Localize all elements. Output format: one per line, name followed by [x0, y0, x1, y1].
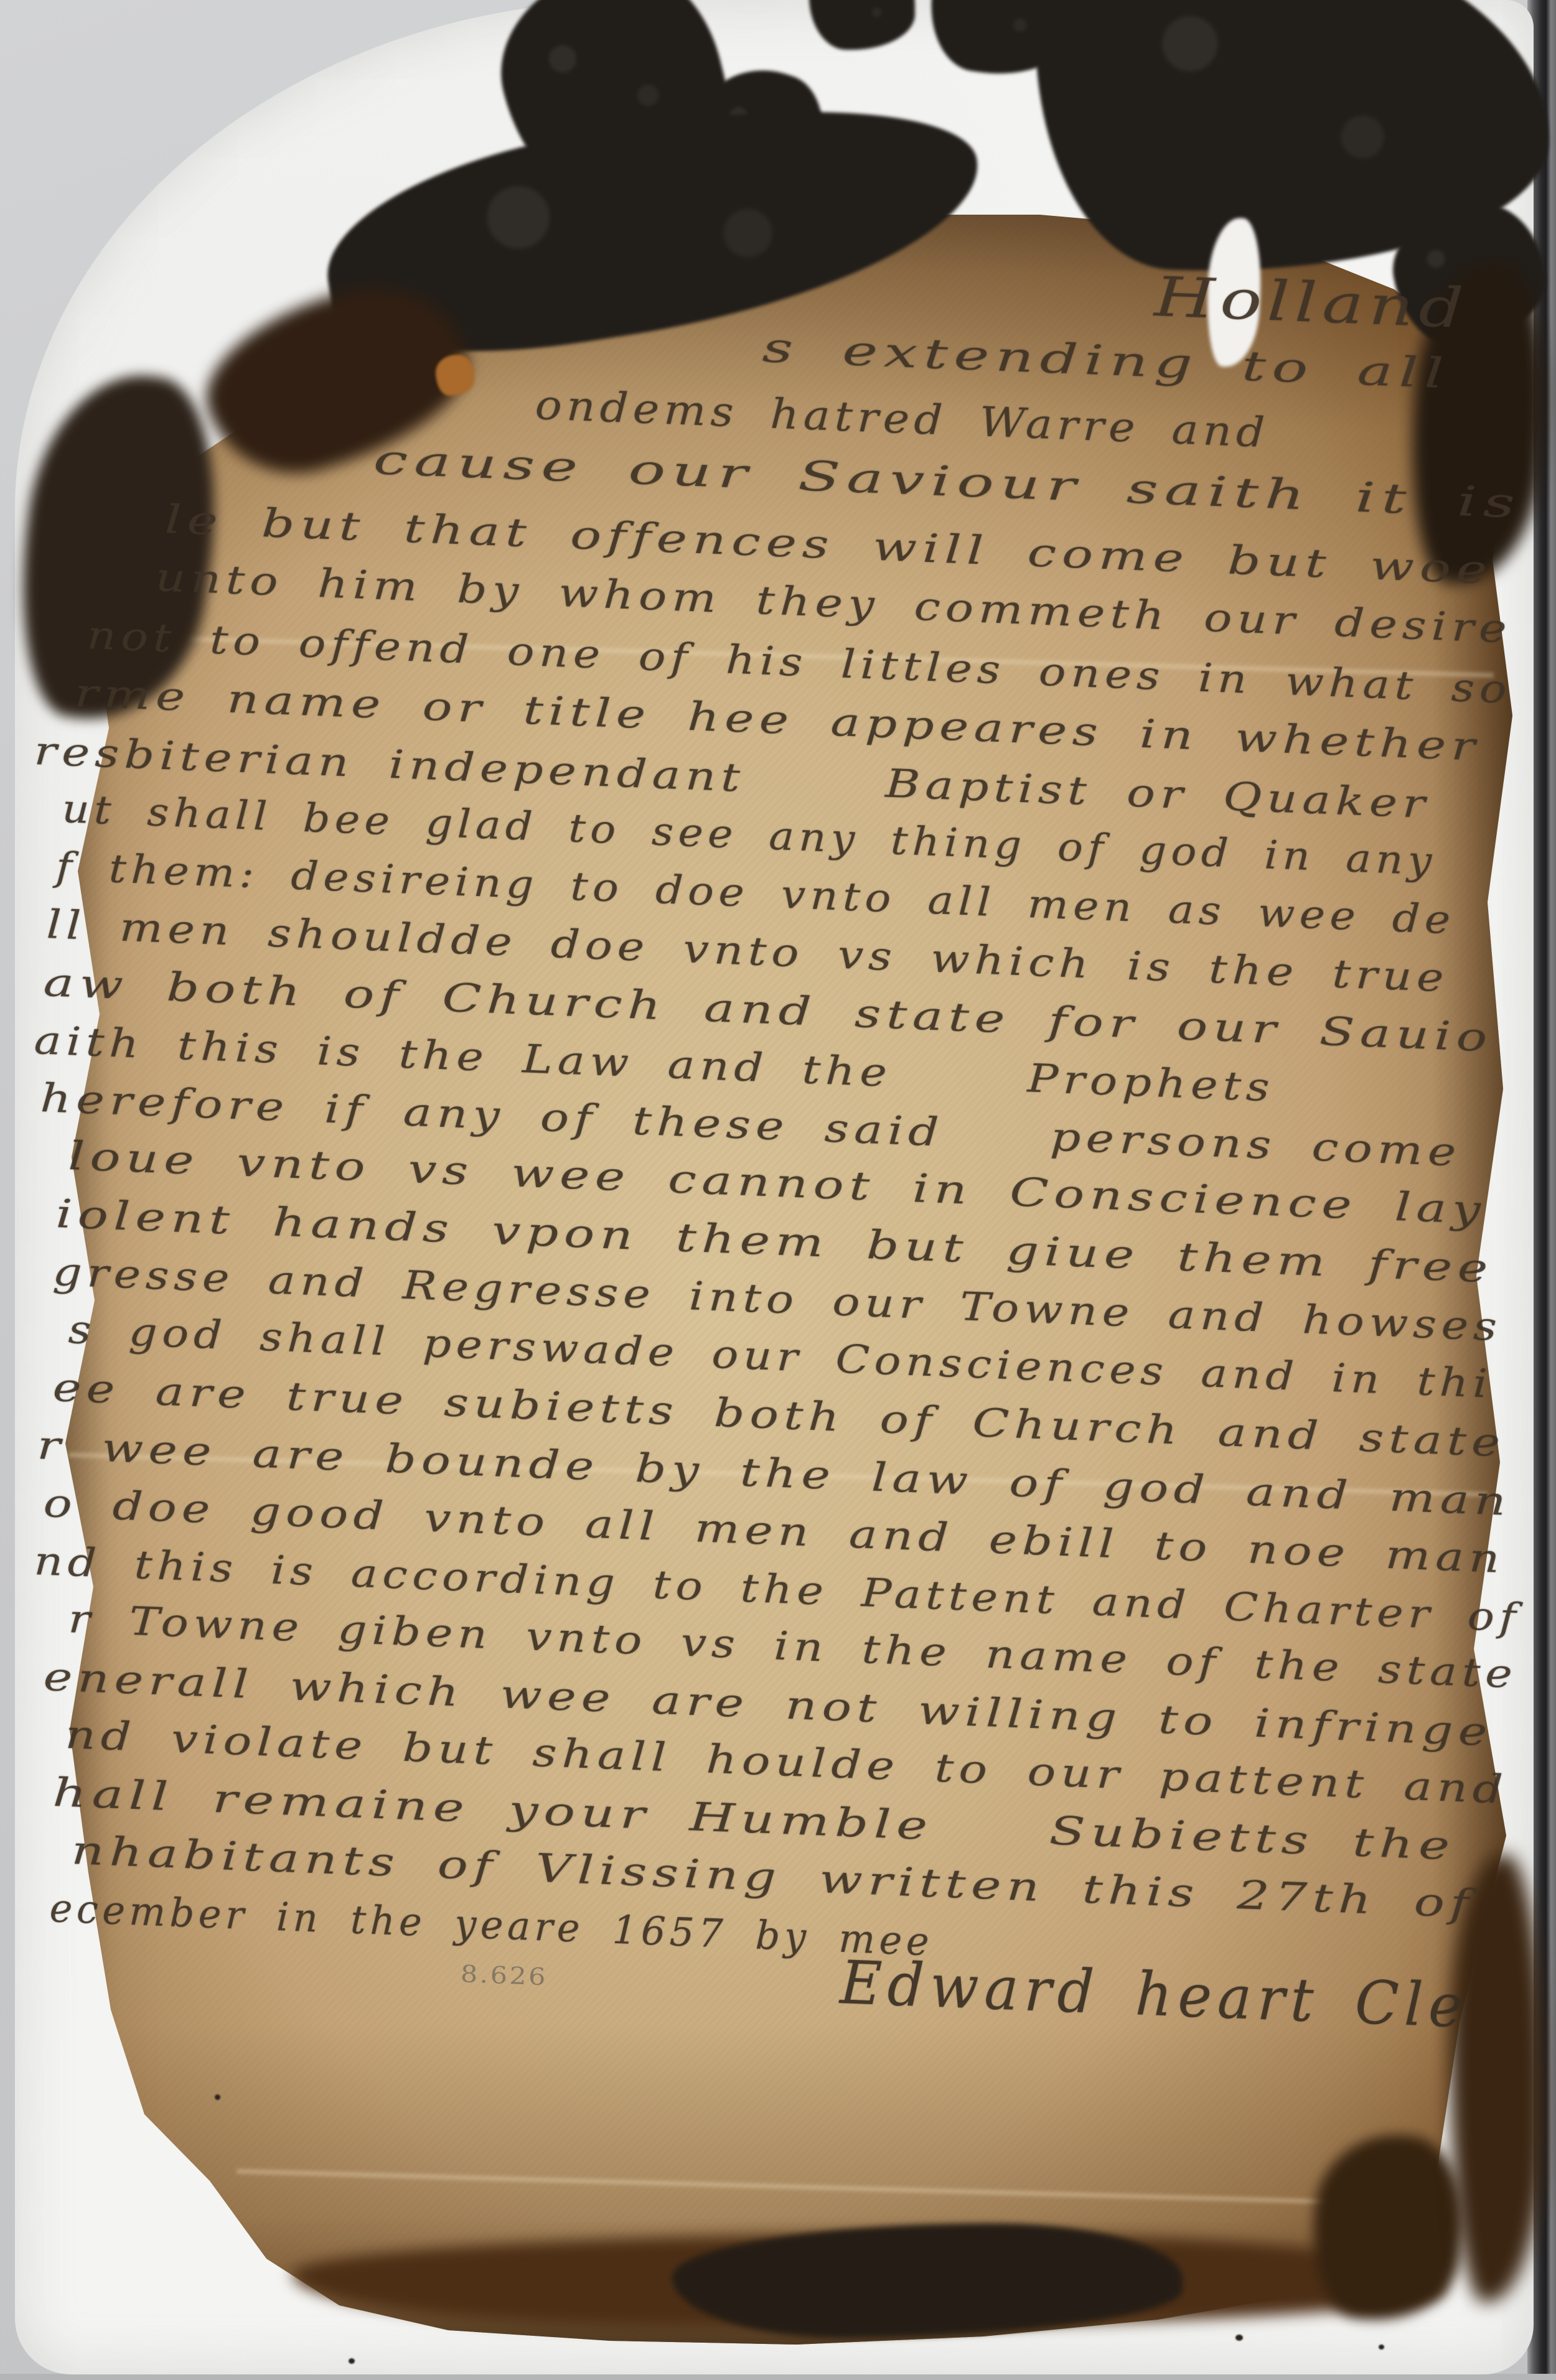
- manuscript-text: Hollands extending to allondems hatred W…: [0, 0, 1556, 2380]
- archival-number: 8.626: [460, 1960, 548, 1990]
- signature-edward-hart: Edward heart Cle: [839, 1948, 1469, 2042]
- scanned-document: Hollands extending to allondems hatred W…: [0, 0, 1556, 2380]
- manuscript-line: Holland: [1153, 264, 1470, 340]
